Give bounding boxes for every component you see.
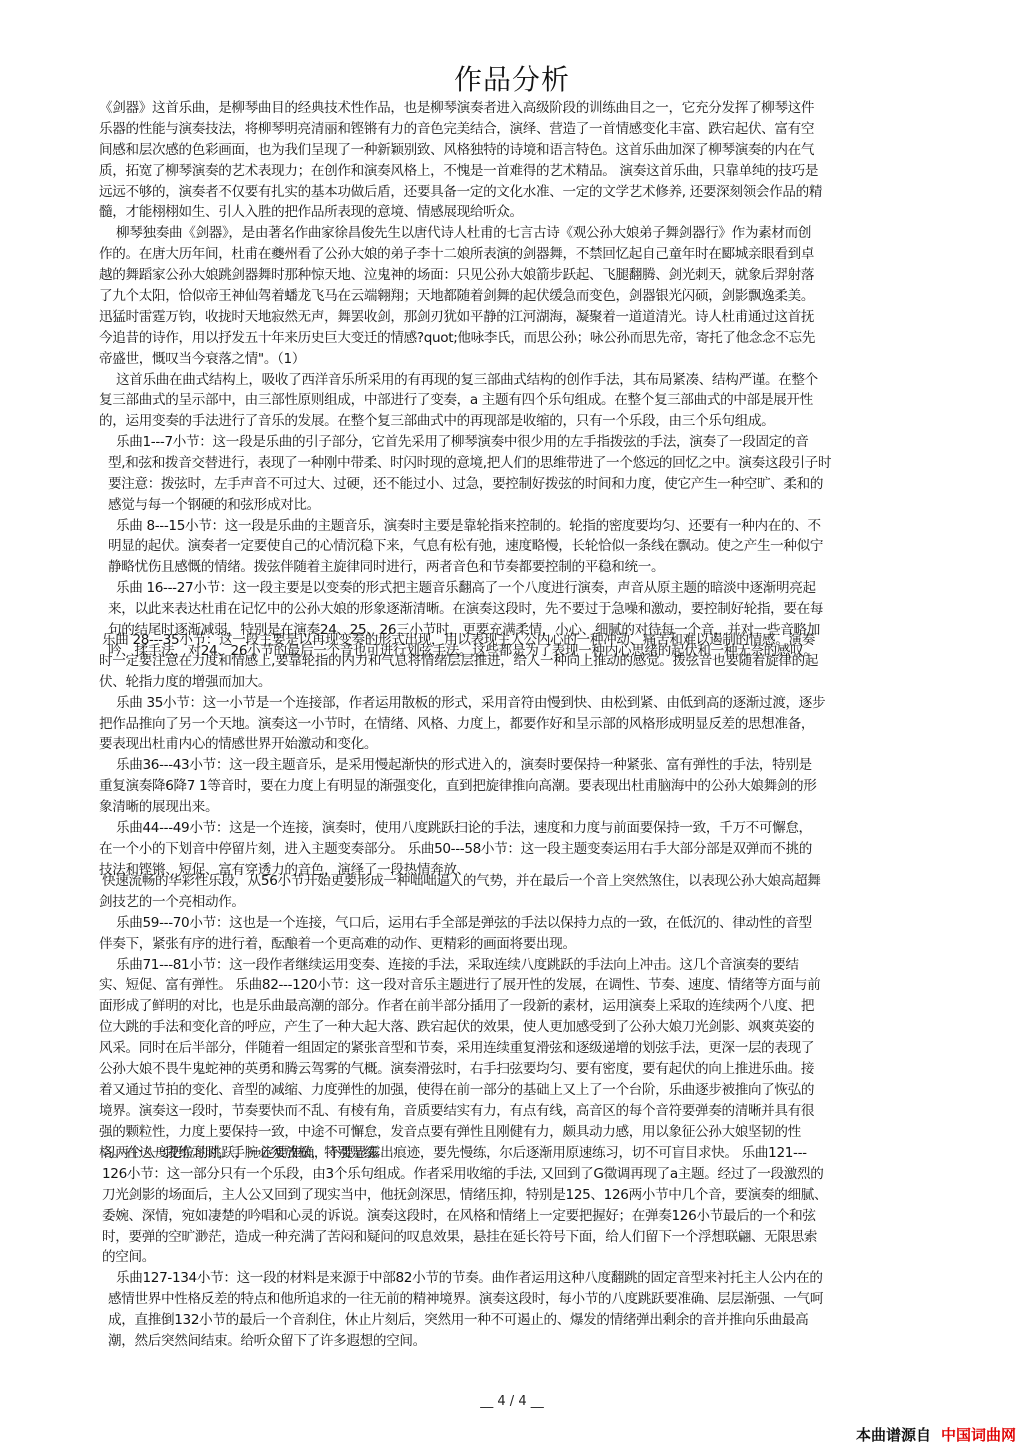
text-line: 剑技艺的一个亮相动作。 xyxy=(99,892,933,913)
page-title: 作品分析 xyxy=(0,62,1024,98)
text-line: 强的颗粒性，力度上要保持一致，中途不可懈怠，发音点要有弹性且刚健有力，颇具动力感… xyxy=(99,1122,933,1143)
page-indicator: __ 4 / 4 __ xyxy=(0,1394,1024,1409)
text-line: 迅猛时雷霆万钧，收拢时天地寂然无声，舞罢收剑，那剑刃犹如平静的江河湖海，凝聚着一… xyxy=(99,307,933,328)
text-line: 型,和弦和拨音交替进行，表现了一种刚中带柔、时闪时现的意境,把人们的思维带进了一… xyxy=(99,453,933,474)
text-line: 乐曲59---70小节：这也是一个连接，气口后，运用右手全部是弹弦的手法以保持力… xyxy=(99,913,933,934)
text-line: 远远不够的，演奏者不仅要有扎实的基本功做后盾，还要具备一定的文化水准、一定的文学… xyxy=(99,182,933,203)
text-line: 今追昔的诗作，用以抒发五十年来历史巨大变迁的情感?quot;他咏李氏，而思公孙；… xyxy=(99,328,933,349)
text-line: 要注意：拨弦时，左手声音不可过大、过硬，还不能过小、过急，要控制好拨弦的时间和力… xyxy=(99,474,933,495)
text-line: 公孙大娘不畏牛鬼蛇神的英勇和腾云驾雾的气概。演奏滑弦时，右手扫弦要均匀、要有密度… xyxy=(99,1059,933,1080)
source-brand-link[interactable]: 中国词曲网 xyxy=(941,1426,1016,1444)
text-line: 乐曲127-134小节：这一段的材料是来源于中部82小节的节奏。曲作者运用这种八… xyxy=(99,1268,933,1289)
text-block: 乐曲 28---35小节：这一段主要是以再现变奏的形式出现，用以表现主人公内心的… xyxy=(99,630,933,881)
text-line: 快速流畅的华彩性乐段，从56小节开始更要形成一种咄咄逼人的气势，并在最后一个音上… xyxy=(99,871,933,892)
text-line: 间感和层次感的色彩画面，也为我们呈现了一种新颖别致、风格独特的诗境和语言特色。这… xyxy=(99,140,933,161)
text-line: 《剑器》这首乐曲，是柳琴曲目的经典技术性作品，也是柳琴演奏者进入高级阶段的训练曲… xyxy=(99,98,933,119)
text-line: 象清晰的展现出来。 xyxy=(99,797,933,818)
text-line: 实、短促、富有弹性。 乐曲82---120小节：这一段对音乐主题进行了展开性的发… xyxy=(99,975,933,996)
text-line: 委婉、深情，宛如凄楚的吟唱和心灵的诉说。演奏这段时，在风格和情绪上一定要把握好；… xyxy=(99,1206,933,1227)
text-line: 越的舞蹈家公孙大娘跳剑器舞时那种惊天地、泣鬼神的场面：只见公孙大娘箭步跃起、飞腿… xyxy=(99,265,933,286)
text-line: 这首乐曲在曲式结构上，吸收了西洋音乐所采用的有再现的复三部曲式结构的创作手法，其… xyxy=(99,370,933,391)
text-line: 着又通过节拍的变化、音型的减缩、力度弹性的加强，使得在前一部分的基础上又上了一个… xyxy=(99,1080,933,1101)
text-block: 快速流畅的华彩性乐段，从56小节开始更要形成一种咄咄逼人的气势，并在最后一个音上… xyxy=(99,871,933,1163)
text-line: 境界。演奏这一段时，节奏要快而不乱、有棱有角，音质要结实有力，有点有线，高音区的… xyxy=(99,1101,933,1122)
text-line: 时一定要注意在力度和情感上,要靠轮指的内力和气息将情绪层层推进，给人一种向上推动… xyxy=(99,651,933,672)
text-line: 的，运用变奏的手法进行了音乐的发展。在整个复三部曲式中的再现部是收缩的，只有一个… xyxy=(99,411,933,432)
text-line: 成，直推倒132小节的最后一个音刹住，休止片刻后，突然用一种不可遏止的、爆发的情… xyxy=(99,1310,933,1331)
text-line: 风采。同时在后半部分，伴随着一组固定的紧张音型和节奏，采用连续重复滑弦和逐级递增… xyxy=(99,1038,933,1059)
text-line: 作的。在唐大历年间，杜甫在夔州看了公孙大娘的弟子李十二娘所表演的剑器舞，不禁回忆… xyxy=(99,244,933,265)
text-line: 刀光剑影的场面后，主人公又回到了现实当中，他抚剑深思，情绪压抑，特别是125、1… xyxy=(99,1185,933,1206)
text-line: 乐曲71---81小节：这一段作者继续运用变奏、连接的手法，采取连续八度跳跃的手… xyxy=(99,955,933,976)
text-line: 乐曲 35小节：这一小节是一个连接部，作者运用散板的形式，采用音符由慢到快、由松… xyxy=(99,693,933,714)
text-line: 伏、轮指力度的增强而加大。 xyxy=(99,672,933,693)
text-line: 重复演奏降6降7 1等音时，要在力度上有明显的渐强变化，直到把旋律推向高潮。要表… xyxy=(99,776,933,797)
text-line: 乐曲36---43小节：这一段主题音乐，是采用慢起渐快的形式进入的，演奏时要保持… xyxy=(99,755,933,776)
text-line: 静略忧伤且感慨的情绪。拨弦伴随着主旋律同时进行，两者音色和节奏都要控制的平稳和统… xyxy=(99,557,933,578)
text-line: 柳琴独奏曲《剑器》，是由著名作曲家徐昌俊先生以唐代诗人杜甫的七言古诗《观公孙大娘… xyxy=(99,223,933,244)
text-block: 习两个八度把位的跳跃，一定要准确，不要显露出痕迹，要先慢练，尔后逐渐用原速练习，… xyxy=(99,1143,933,1352)
text-line: 来，以此来表达杜甫在记忆中的公孙大娘的形象逐渐清晰。在演奏这段时，先不要过于急噪… xyxy=(99,599,933,620)
source-label: 本曲谱源自 xyxy=(856,1426,931,1444)
text-line: 时，要弹的空旷渺茫，造成一种充满了苦闷和疑问的叹息效果，悬挂在延长符号下面，给人… xyxy=(99,1227,933,1248)
text-line: 帝盛世，慨叹当今衰落之情"。（1） xyxy=(99,349,933,370)
text-line: 潮，然后突然间结束。给听众留下了许多遐想的空间。 xyxy=(99,1331,933,1352)
text-line: 126小节：这一部分只有一个乐段，由3个乐句组成。作者采用收缩的手法, 又回到了… xyxy=(99,1164,933,1185)
text-line: 乐曲44---49小节：这是一个连接，演奏时，使用八度跳跃扫论的手法，速度和力度… xyxy=(99,818,933,839)
text-line: 复三部曲式的呈示部中，由三部性原则组成，中部进行了变奏，a 主题有四个乐句组成。… xyxy=(99,390,933,411)
text-line: 髓，才能栩栩如生、引人入胜的把作品所表现的意境、情感展现给听众。 xyxy=(99,202,933,223)
text-line: 了九个太阳，恰似帝王神仙驾着蟠龙飞马在云端翱翔；天地都随着剑舞的起伏缓急而变色，… xyxy=(99,286,933,307)
text-line: 把作品推向了另一个天地。演奏这一小节时，在情绪、风格、力度上，都要作好和呈示部的… xyxy=(99,714,933,735)
text-block: 乐曲1---7小节：这一段是乐曲的引子部分，它首先采用了柳琴演奏中很少用的左手指… xyxy=(99,432,933,662)
text-line: 的空间。 xyxy=(99,1247,933,1268)
text-line: 乐曲 8---15小节：这一段是乐曲的主题音乐，演奏时主要是靠轮指来控制的。轮指… xyxy=(99,516,933,537)
text-line: 乐曲 16---27小节：这一段主要是以变奏的形式把主题音乐翻高了一个八度进行演… xyxy=(99,578,933,599)
text-line: 面形成了鲜明的对比，也是乐曲最高潮的部分。作者在前半部分插用了一段新的素材，运用… xyxy=(99,996,933,1017)
text-line: 位大跳的手法和变化音的呼应，产生了一种大起大落、跌宕起伏的效果，使人更加感受到了… xyxy=(99,1017,933,1038)
source-attribution: 本曲谱源自中国词曲网 xyxy=(856,1424,1016,1445)
text-line: 感情世界中性格反差的特点和他所追求的一往无前的精神境界。演奏这段时，每小节的八度… xyxy=(99,1289,933,1310)
text-line: 要表现出杜甫内心的情感世界开始激动和变化。 xyxy=(99,734,933,755)
text-line: 乐曲 28---35小节：这一段主要是以再现变奏的形式出现，用以表现主人公内心的… xyxy=(99,630,933,651)
text-line: 在一个小的下划音中停留片刻，进入主题变奏部分。 乐曲50---58小节：这一段主… xyxy=(99,839,933,860)
text-block: 《剑器》这首乐曲，是柳琴曲目的经典技术性作品，也是柳琴演奏者进入高级阶段的训练曲… xyxy=(99,98,933,432)
text-line: 乐曲1---7小节：这一段是乐曲的引子部分，它首先采用了柳琴演奏中很少用的左手指… xyxy=(99,432,933,453)
text-line: 习两个八度把位的跳跃，一定要准确，不要显露出痕迹，要先慢练，尔后逐渐用原速练习，… xyxy=(99,1143,933,1164)
text-line: 乐器的性能与演奏技法，将柳琴明亮清丽和铿锵有力的音色完美结合，演绎、营造了一首情… xyxy=(99,119,933,140)
text-line: 感觉与每一个钢硬的和弦形成对比。 xyxy=(99,495,933,516)
text-line: 明显的起伏。演奏者一定要使自己的心情沉稳下来，气息有松有弛，速度略慢，长轮恰似一… xyxy=(99,536,933,557)
text-line: 伴奏下，紧张有序的进行着，酝酿着一个更高难的动作、更精彩的画面将要出现。 xyxy=(99,934,933,955)
text-line: 质，拓宽了柳琴演奏的艺术表现力；在创作和演奏风格上，不愧是一首难得的艺术精品。 … xyxy=(99,161,933,182)
